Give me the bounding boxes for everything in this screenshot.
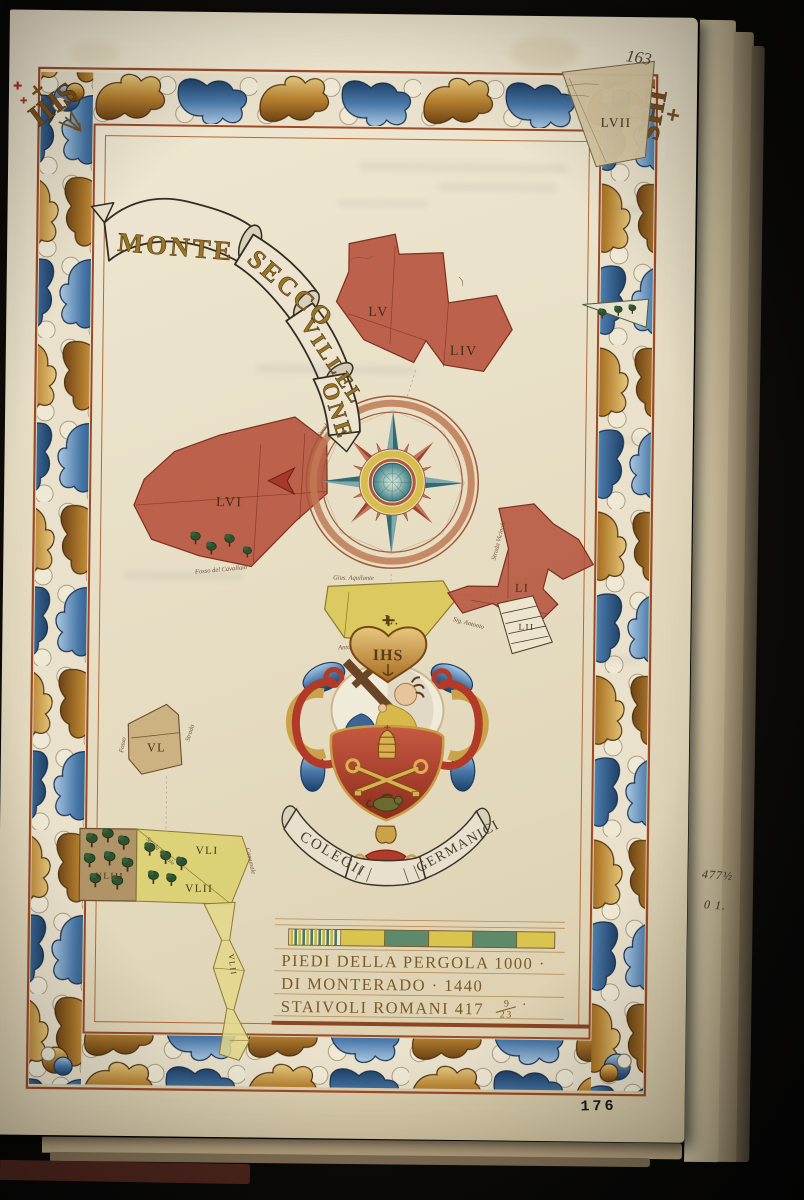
bleedthrough-line [605,437,643,443]
bleedthrough-line [602,657,640,663]
stamp-number: 176 [580,1098,616,1116]
manuscript-page: IHS IHS ✚ ✚ [0,9,698,1142]
parchment-stain [509,36,579,71]
title-banner: MONTE SECCO VILLEL ONE [89,198,372,452]
parcel-label-vlii: VLII [185,883,213,895]
quire-mark: ✚ [13,81,22,93]
fore-edge-note-2: 0 1. [704,897,727,913]
scale-legend-panel: PIEDI DELLA PERGOLA 1000 · DI MONTERADO … [272,919,591,1027]
binding-edge-red [0,1160,250,1184]
parcel-li-lii: LI LII Strada Vicinale Sig. Antonio [447,503,594,655]
parcel-vl: VL Fosso Strada [118,704,197,775]
parcel-caption: Sig. Antonio [452,616,485,631]
photograph-of-manuscript: 477½ 0 1. [0,0,804,1200]
scale-bar [289,929,555,948]
parcel-label-liv: LIV [450,344,478,359]
quire-mark: ✚ [20,96,28,106]
bleedthrough-line [438,183,558,192]
legend-line-2: DI MONTERADO · 1440 [281,974,483,995]
parcel-caption: Strada [184,724,196,743]
legend-fraction: 9 23 · [496,997,528,1020]
parcel-label-lv: LV [368,305,389,320]
bleedthrough-line [123,571,243,580]
ribbon-text-right: GERMANICI [414,818,502,877]
parcel-label-li: LI [515,581,529,595]
collegio-emblem: IHS COLEGII GERMANICI [281,615,505,887]
emblem-ihs: IHS [373,647,404,664]
svg-text:·: · [522,998,528,1013]
fore-edge-note-1: 477½ [702,867,734,884]
parcel-lv-liv: LV LIV [336,233,514,371]
parcel-label-vl: VL [147,740,166,754]
parcel-caption: Strada Vicinale [490,520,507,561]
folio-number: 163 [625,46,653,69]
page-artwork: IHS IHS ✚ ✚ [0,9,698,1142]
parcel-label-lvii: LVII [601,115,632,130]
parcel-caption: Fosso [118,736,128,754]
svg-text:9: 9 [504,999,511,1010]
parcel-label-lii: LII [518,622,534,632]
parcel-label-lvi: LVI [216,495,243,510]
legend-line-1: PIEDI DELLA PERGOLA 1000 · [281,951,546,973]
bleedthrough-line [606,207,646,213]
parcel-group-trees: VLI VLII VLIII Strada Vicinale Comunale … [77,828,257,1061]
parcel-caption: Gius. Aquilante [333,574,374,581]
parchment-stain [69,40,119,67]
bleedthrough-line [338,199,428,207]
legend-line-3: STAIVOLI ROMANI 417 [281,997,484,1018]
parcel-label-vliii: VLIII [95,871,124,881]
parcel-label-vli: VLI [196,845,219,857]
